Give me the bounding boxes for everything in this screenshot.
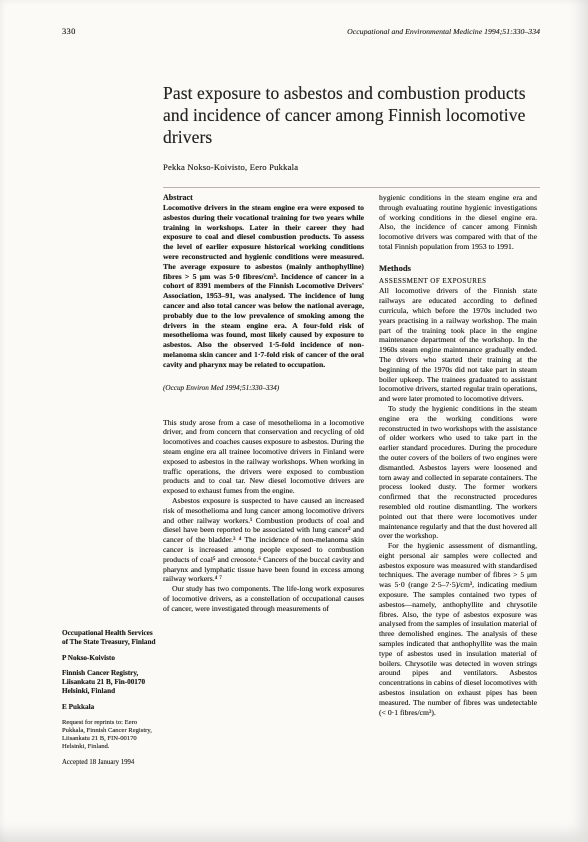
right-column-body: hygienic conditions in the steam engine … <box>379 193 537 717</box>
article-body: Occupational Health Services of The Stat… <box>62 193 540 717</box>
journal-page: 330 Occupational and Environmental Medic… <box>0 0 588 842</box>
methods-heading: Methods <box>379 264 537 274</box>
affiliations-block: Occupational Health Services of The Stat… <box>62 629 159 768</box>
affiliation-2-institution: Finnish Cancer Registry, Liisankatu 21 B… <box>62 669 159 695</box>
affiliation-1-institution: Occupational Health Services of The Stat… <box>62 629 159 647</box>
author-line: Pekka Nokso-Koivisto, Eero Pukkala <box>163 162 540 172</box>
journal-reference: Occupational and Environmental Medicine … <box>347 27 540 36</box>
running-header: 330 Occupational and Environmental Medic… <box>62 26 540 36</box>
left-column: Abstract Locomotive drivers in the steam… <box>163 193 364 717</box>
title-block: Past exposure to asbestos and combustion… <box>163 82 540 172</box>
margin-column: Occupational Health Services of The Stat… <box>62 193 159 717</box>
abstract-heading: Abstract <box>163 193 364 202</box>
reprints-note: Request for reprints to: Eero Pukkala, F… <box>62 719 159 752</box>
left-paragraph-1: This study arose from a case of mesothel… <box>163 418 364 496</box>
affiliation-1-author: P Nokso-Koivisto <box>62 654 159 663</box>
methods-paragraph-3: For the hygienic assessment of dismantli… <box>379 541 537 717</box>
left-paragraph-3: Our study has two components. The life-l… <box>163 584 364 613</box>
intro-continuation-paragraph: hygienic conditions in the steam engine … <box>379 193 537 252</box>
left-paragraph-2: Asbestos exposure is suspected to have c… <box>163 496 364 584</box>
left-column-body: This study arose from a case of mesothel… <box>163 418 364 614</box>
article-title: Past exposure to asbestos and combustion… <box>163 82 540 148</box>
affiliation-1: Occupational Health Services of The Stat… <box>62 629 159 662</box>
right-column: hygienic conditions in the steam engine … <box>379 193 537 717</box>
page-number: 330 <box>62 26 76 36</box>
accepted-date: Accepted 18 January 1994 <box>62 759 159 767</box>
affiliation-2: Finnish Cancer Registry, Liisankatu 21 B… <box>62 669 159 711</box>
affiliation-2-author: E Pukkala <box>62 703 159 712</box>
header-rule <box>163 187 540 188</box>
abstract-text: Locomotive drivers in the steam engine e… <box>163 203 364 370</box>
assessment-of-exposures-subheading: ASSESSMENT OF EXPOSURES <box>379 277 537 287</box>
abstract-citation: (Occup Environ Med 1994;51:330–334) <box>163 384 364 392</box>
methods-paragraph-1: All locomotive drivers of the Finnish st… <box>379 286 537 404</box>
methods-paragraph-2: To study the hygienic conditions in the … <box>379 404 537 541</box>
